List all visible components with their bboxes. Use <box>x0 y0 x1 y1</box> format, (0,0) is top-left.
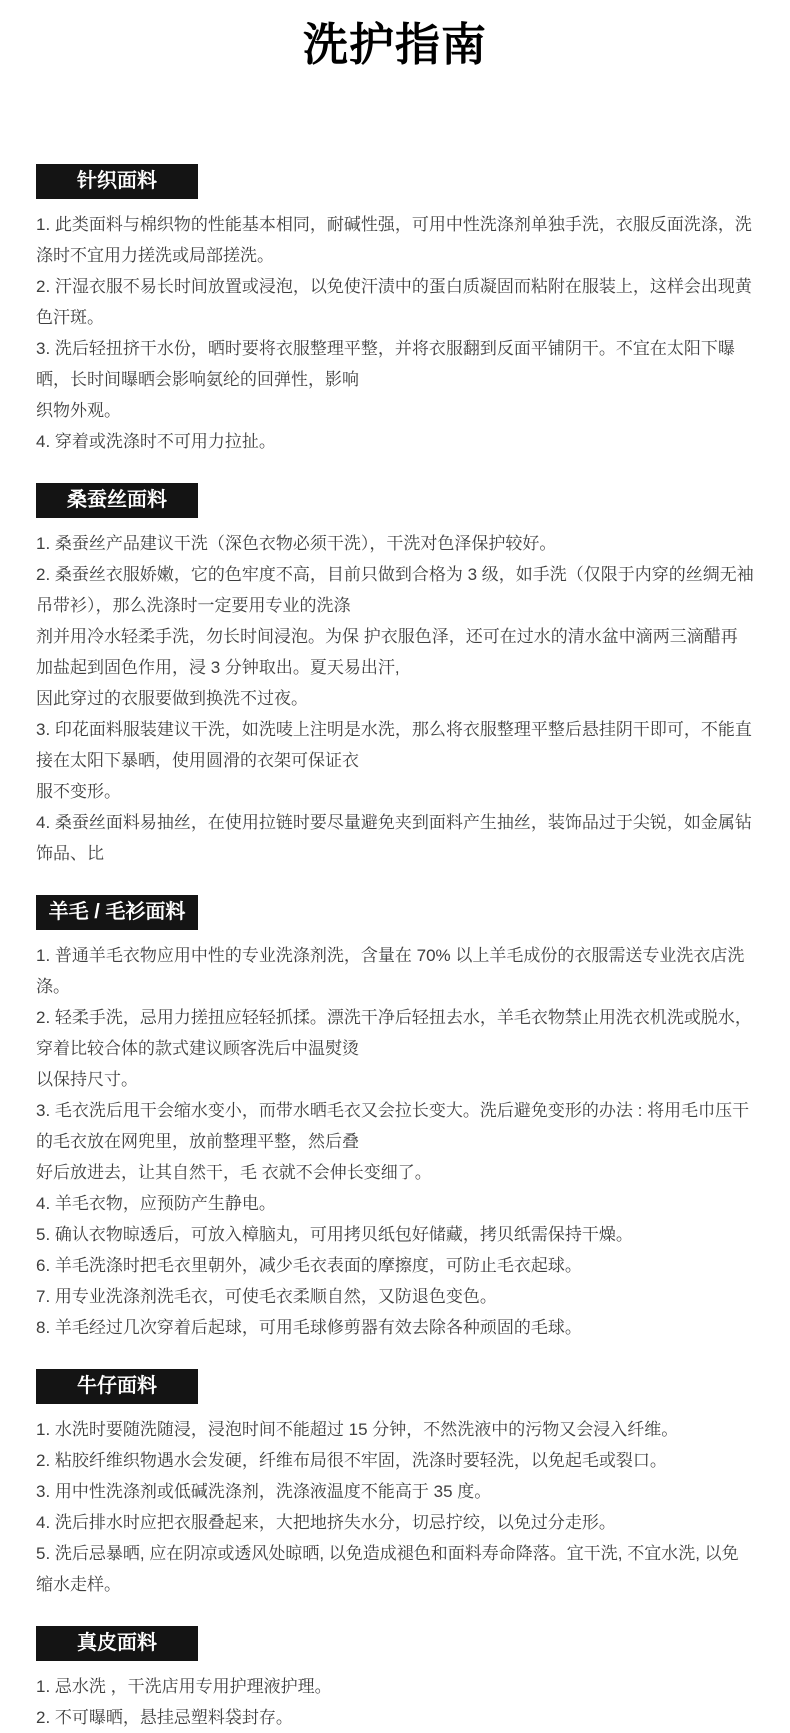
section-heading-badge: 真皮面料 <box>36 1626 198 1661</box>
section-heading-label: 桑蚕丝面料 <box>67 489 167 511</box>
section-heading-badge: 牛仔面料 <box>36 1369 198 1404</box>
care-guide-content: 针织面料 1. 此类面料与棉织物的性能基本相同，耐碱性强，可用中性洗涤剂单独手洗… <box>0 164 790 1733</box>
section-mulberry-silk-fabric: 桑蚕丝面料 1. 桑蚕丝产品建议干洗（深色衣物必须干洗），干洗对色泽保护较好。 … <box>36 483 754 869</box>
section-genuine-leather-fabric: 真皮面料 1. 忌水洗 ，干洗店用专用护理液护理。 2. 不可曝晒，悬挂忌塑料袋… <box>36 1626 754 1733</box>
care-instruction: 1. 桑蚕丝产品建议干洗（深色衣物必须干洗），干洗对色泽保护较好。 <box>36 528 754 559</box>
care-instruction: 1. 普通羊毛衣物应用中性的专业洗涤剂洗，含量在 70% 以上羊毛成份的衣服需送… <box>36 940 754 1002</box>
care-instruction: 8. 羊毛经过几次穿着后起球，可用毛球修剪器有效去除各种顽固的毛球。 <box>36 1312 754 1343</box>
care-instruction: 1. 此类面料与棉织物的性能基本相同，耐碱性强，可用中性洗涤剂单独手洗，衣服反面… <box>36 209 754 271</box>
section-knit-fabric: 针织面料 1. 此类面料与棉织物的性能基本相同，耐碱性强，可用中性洗涤剂单独手洗… <box>36 164 754 457</box>
care-instruction: 4. 桑蚕丝面料易抽丝，在使用拉链时要尽量避免夹到面料产生抽丝，装饰品过于尖锐，… <box>36 807 754 869</box>
care-instruction: 6. 羊毛洗涤时把毛衣里朝外，减少毛衣表面的摩擦度，可防止毛衣起球。 <box>36 1250 754 1281</box>
care-instruction: 4. 洗后排水时应把衣服叠起来，大把地挤失水分，切忌拧绞，以免过分走形。 <box>36 1507 754 1538</box>
section-heading-label: 牛仔面料 <box>77 1375 157 1397</box>
section-heading-badge: 桑蚕丝面料 <box>36 483 198 518</box>
section-heading-badge: 羊毛 / 毛衫面料 <box>36 895 198 930</box>
care-instruction: 7. 用专业洗涤剂洗毛衣，可使毛衣柔顺自然，又防退色变色。 <box>36 1281 754 1312</box>
section-wool-sweater-fabric: 羊毛 / 毛衫面料 1. 普通羊毛衣物应用中性的专业洗涤剂洗，含量在 70% 以… <box>36 895 754 1343</box>
care-instruction: 4. 羊毛衣物，应预防产生静电。 <box>36 1188 754 1219</box>
section-heading-label: 针织面料 <box>77 170 157 192</box>
care-instruction: 3. 用中性洗涤剂或低碱洗涤剂，洗涤液温度不能高于 35 度。 <box>36 1476 754 1507</box>
care-instruction: 5. 洗后忌暴晒, 应在阴凉或透风处晾晒, 以免造成褪色和面料寿命降落。宜干洗,… <box>36 1538 754 1600</box>
section-heading-label: 羊毛 / 毛衫面料 <box>49 901 186 923</box>
care-instruction: 5. 确认衣物晾透后，可放入樟脑丸，可用拷贝纸包好储藏，拷贝纸需保持干燥。 <box>36 1219 754 1250</box>
section-heading-label: 真皮面料 <box>77 1632 157 1654</box>
care-instruction: 2. 轻柔手洗，忌用力搓扭应轻轻抓揉。漂洗干净后轻扭去水，羊毛衣物禁止用洗衣机洗… <box>36 1002 754 1095</box>
section-heading-badge: 针织面料 <box>36 164 198 199</box>
care-instruction: 2. 粘胶纤维织物遇水会发硬，纤维布局很不牢固，洗涤时要轻洗，以免起毛或裂口。 <box>36 1445 754 1476</box>
section-denim-fabric: 牛仔面料 1. 水洗时要随洗随浸，浸泡时间不能超过 15 分钟，不然洗液中的污物… <box>36 1369 754 1600</box>
care-instruction: 3. 毛衣洗后甩干会缩水变小，而带水晒毛衣又会拉长变大。洗后避免变形的办法 : … <box>36 1095 754 1188</box>
care-instruction: 2. 桑蚕丝衣服娇嫩，它的色牢度不高，目前只做到合格为 3 级，如手洗（仅限于内… <box>36 559 754 714</box>
care-guide-page: 洗护指南 针织面料 1. 此类面料与棉织物的性能基本相同，耐碱性强，可用中性洗涤… <box>0 0 790 1733</box>
care-instruction: 4. 穿着或洗涤时不可用力拉扯。 <box>36 426 754 457</box>
care-instruction: 2. 不可曝晒，悬挂忌塑料袋封存。 <box>36 1702 754 1733</box>
care-instruction: 2. 汗湿衣服不易长时间放置或浸泡，以免使汗渍中的蛋白质凝固而粘附在服装上，这样… <box>36 271 754 333</box>
page-title: 洗护指南 <box>0 18 790 72</box>
care-instruction: 1. 水洗时要随洗随浸，浸泡时间不能超过 15 分钟，不然洗液中的污物又会浸入纤… <box>36 1414 754 1445</box>
care-instruction: 1. 忌水洗 ，干洗店用专用护理液护理。 <box>36 1671 754 1702</box>
care-instruction: 3. 洗后轻扭挤干水份，晒时要将衣服整理平整，并将衣服翻到反面平铺阴干。不宜在太… <box>36 333 754 426</box>
care-instruction: 3. 印花面料服装建议干洗，如洗唛上注明是水洗，那么将衣服整理平整后悬挂阴干即可… <box>36 714 754 807</box>
